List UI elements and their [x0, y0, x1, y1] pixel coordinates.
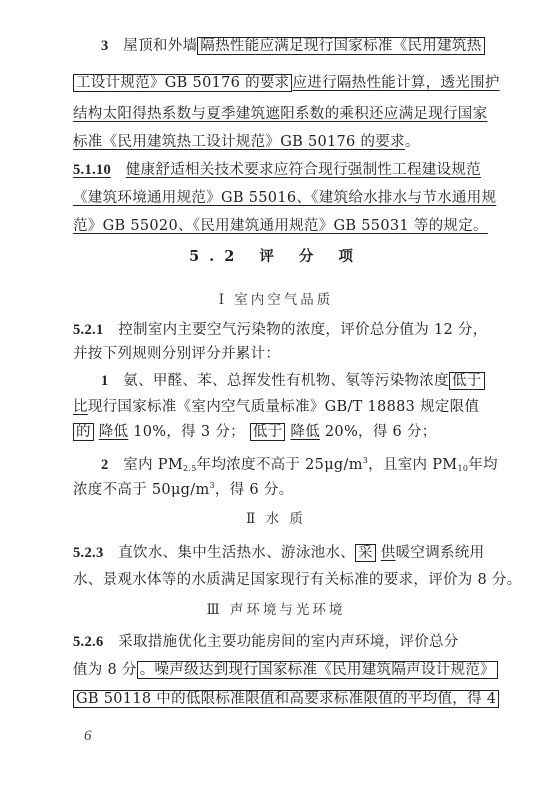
underlined-revision: 应进行隔热性能计算，透光围护: [292, 75, 499, 91]
text: 10%，得 3 分；: [128, 424, 245, 440]
underlined-revision: 降低: [99, 424, 129, 440]
underlined-revision: 健康舒适相关技术要求应符合现行强制性工程建设规范: [126, 162, 481, 178]
item-number: 2: [101, 457, 109, 473]
boxed-revision: 工设计规范》GB 50176 的要求: [73, 74, 292, 92]
item-2-line-1: 2 室内 PM2.5年均浓度不高于 25μg/m3，且室内 PM10年均: [101, 451, 484, 479]
boxed-revision: GB 50118 中的低限标准限值和高要求标准限值的平均值，得 4: [73, 690, 499, 708]
document-page: 3 屋顶和外墙隔热性能应满足现行国家标准《民用建筑热 工设计规范》GB 5017…: [0, 0, 552, 799]
text: 控制室内主要空气污染物的浓度，评价总分值为 12 分，: [118, 322, 487, 338]
text: 直饮水、集中生活热水、游泳池水、: [118, 545, 355, 561]
subscript: 2.5: [183, 464, 197, 473]
item-number: 1: [101, 373, 109, 389]
clause-5-2-1-line-2: 并按下列规则分别评分并累计：: [73, 344, 484, 364]
boxed-revision: 采: [355, 544, 376, 562]
subsection-heading-1: Ⅰ 室内空气品质: [0, 290, 552, 310]
subsection-heading-3: Ⅲ 声环境与光环境: [0, 600, 552, 620]
underlined-revision: 结构太阳得热系数与夏季建筑遮阳系数的乘积还应满足现行国家: [73, 106, 487, 122]
text: 。: [405, 134, 420, 150]
clause-5-1-10-line-2: 《建筑环境通用规范》GB 55016、《建筑给水排水与节水通用规: [73, 188, 484, 208]
boxed-revision: 低于: [250, 423, 286, 441]
underlined-revision: 供: [381, 545, 396, 561]
item-3-line-3: 结构太阳得热系数与夏季建筑遮阳系数的乘积还应满足现行国家: [73, 104, 484, 124]
item-number: 3: [101, 38, 109, 54]
item-3-line-4: 标准《民用建筑热工设计规范》GB 50176 的要求。: [73, 132, 484, 152]
underlined-revision: 标准《民用建筑热工设计规范》GB 50176 的要求: [73, 134, 405, 150]
clause-5-2-6-line-3: GB 50118 中的低限标准限值和高要求标准限值的平均值，得 4: [73, 689, 484, 709]
text: 并按下列规则分别评分并累计：: [73, 346, 280, 362]
item-1-line-1: 1 氨、甲醛、苯、总挥发性有机物、氡等污染物浓度低于: [101, 371, 484, 391]
text: ，且室内 PM: [368, 457, 457, 473]
text: 暖空调系统用: [396, 545, 485, 561]
clause-number: 5.2.6: [73, 634, 104, 650]
boxed-revision: 的: [73, 423, 94, 441]
text: 年均: [468, 457, 498, 473]
underlined-revision: 《建筑环境通用规范》GB 55016、《建筑给水排水与节水通用规: [73, 190, 496, 206]
clause-5-2-6-line-1: 5.2.6 采取措施优化主要功能房间的室内声环境，评价总分: [73, 632, 484, 652]
text: ，得 6 分。: [215, 482, 294, 498]
text: 现行国家标准《室内空气质量标准》GB/T 18883 规定限值: [88, 399, 479, 415]
subscript: 10: [457, 464, 468, 473]
text: 年均浓度不高于 25μg/m: [197, 457, 363, 473]
boxed-revision: 隔热性能应满足现行国家标准《民用建筑热: [197, 37, 484, 55]
page-number: 6: [84, 728, 92, 745]
clause-number: 5.1.10: [73, 162, 111, 178]
underlined-revision: 降低: [290, 424, 320, 440]
text: 室内 PM: [123, 457, 183, 473]
clause-5-1-10-line-1: 5.1.10 健康舒适相关技术要求应符合现行强制性工程建设规范: [73, 160, 484, 180]
clause-5-1-10-line-3: 范》GB 55020、《民用建筑通用规范》GB 55031 等的规定。: [73, 216, 484, 236]
item-3-line-1: 3 屋顶和外墙隔热性能应满足现行国家标准《民用建筑热: [101, 36, 484, 56]
underlined-revision: 范》GB 55020、《民用建筑通用规范》GB 55031 等的规定。: [73, 218, 488, 234]
clause-5-2-1-line-1: 5.2.1 控制室内主要空气污染物的浓度，评价总分值为 12 分，: [73, 320, 484, 340]
text: 氨、甲醛、苯、总挥发性有机物、氡等污染物浓度: [123, 373, 449, 389]
clause-5-2-3-line-2: 水、景观水体等的水质满足国家现行有关标准的要求，评价为 8 分。: [73, 570, 484, 590]
item-2-line-2: 浓度不高于 50μg/m3，得 6 分。: [73, 476, 484, 500]
text: 浓度不高于 50μg/m: [73, 482, 210, 498]
subsection-heading-2: Ⅱ 水 质: [0, 509, 552, 529]
text: 采取措施优化主要功能房间的室内声环境，评价总分: [118, 634, 458, 650]
clause-number: 5.2.1: [73, 322, 104, 338]
item-1-line-2: 比现行国家标准《室内空气质量标准》GB/T 18883 规定限值: [73, 397, 484, 417]
clause-5-2-3-line-1: 5.2.3 直饮水、集中生活热水、游泳池水、采 供暖空调系统用: [73, 543, 484, 563]
item-3-line-2: 工设计规范》GB 50176 的要求应进行隔热性能计算，透光围护: [73, 73, 484, 93]
boxed-revision: 低于: [449, 372, 485, 390]
text: 20%，得 6 分；: [320, 424, 437, 440]
clause-5-2-6-line-2: 值为 8 分。噪声级达到现行国家标准《民用建筑隔声设计规范》: [73, 660, 484, 680]
boxed-revision: 。噪声级达到现行国家标准《民用建筑隔声设计规范》: [137, 661, 498, 679]
text: 值为 8 分: [73, 662, 137, 678]
underlined-revision: 比: [73, 399, 88, 415]
text: 屋顶和外墙: [123, 38, 197, 54]
text: 水、景观水体等的水质满足国家现行有关标准的要求，评价为 8 分。: [73, 572, 522, 588]
clause-number: 5.2.3: [73, 545, 104, 561]
section-heading: 5.2 评 分 项: [0, 247, 552, 267]
item-1-line-3: 的 降低 10%，得 3 分； 低于 降低 20%，得 6 分；: [73, 422, 484, 442]
